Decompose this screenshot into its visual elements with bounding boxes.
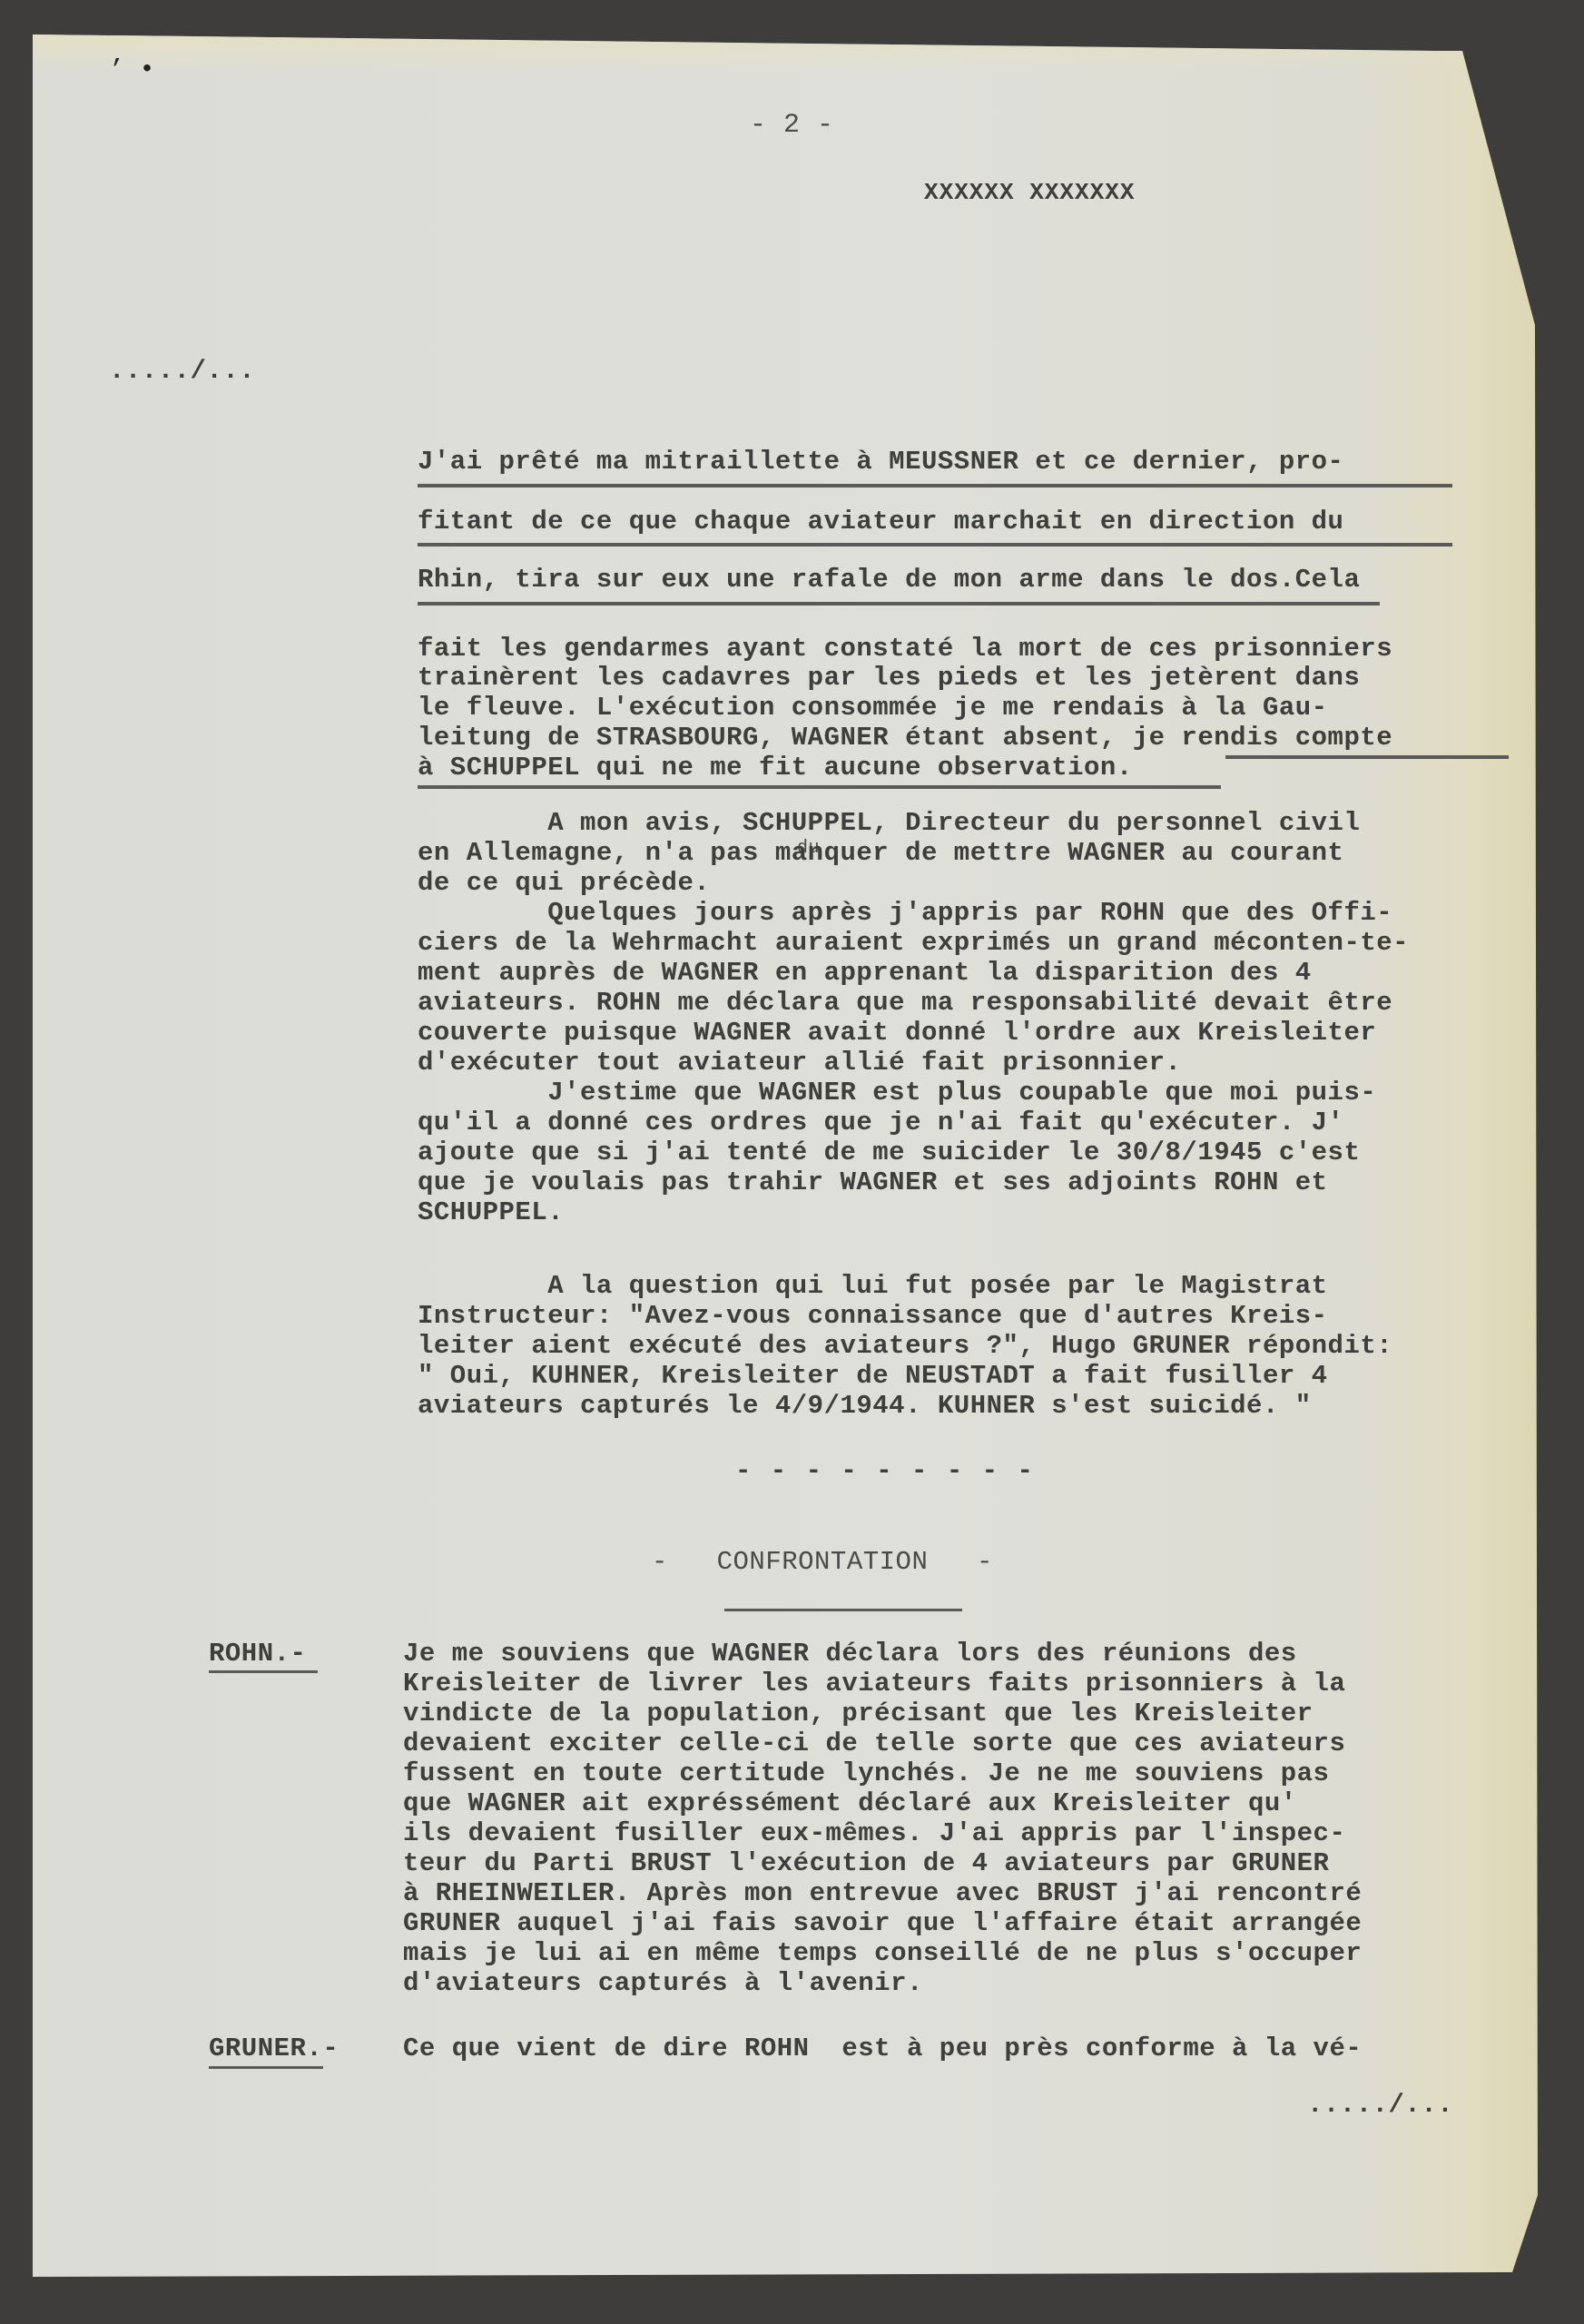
text-line: ment auprès de WAGNER en apprenant la di… <box>418 958 1312 988</box>
redacted-header: XXXXXX XXXXXXX <box>924 178 1135 208</box>
continuation-marker-top: ...../... <box>109 356 255 386</box>
text-line: Kreisleiter de livrer les aviateurs fait… <box>403 1669 1345 1699</box>
text-line: A mon avis, SCHUPPEL, Directeur du perso… <box>418 808 1360 838</box>
text-line: que WAGNER ait expréssément déclaré aux … <box>403 1788 1297 1818</box>
text-line: de ce qui précède. <box>418 868 710 898</box>
underline-rule <box>418 543 1452 547</box>
text-line: ajoute que si j'ai tenté de me suicider … <box>418 1137 1360 1167</box>
text-line: aviateurs. ROHN me déclara que ma respon… <box>418 988 1392 1018</box>
page-number: - 2 - <box>750 111 834 141</box>
text-line: qu'il a donné ces ordres que je n'ai fai… <box>418 1108 1343 1137</box>
text-line: vindicte de la population, précisant que… <box>403 1699 1313 1728</box>
text-line: A la question qui lui fut posée par le M… <box>418 1271 1328 1301</box>
underline-rule <box>418 602 1380 606</box>
text-line: d'exécuter tout aviateur allié fait pris… <box>418 1048 1181 1078</box>
title-underline <box>724 1609 962 1611</box>
underlined-line: Rhin, tira sur eux une rafale de mon arm… <box>418 565 1360 595</box>
text-line: Quelques jours après j'appris par ROHN q… <box>418 898 1392 928</box>
underlined-line: fitant de ce que chaque aviateur marchai… <box>418 507 1343 537</box>
speaker-underline <box>209 1670 318 1673</box>
text-line: Ce que vient de dire ROHN est à peu près… <box>403 2033 1362 2063</box>
text-line: fait les gendarmes ayant constaté la mor… <box>418 634 1392 664</box>
text-line: ciers de la Wehrmacht auraient exprimés … <box>418 928 1409 958</box>
text-line: teur du Parti BRUST l'exécution de 4 avi… <box>403 1848 1329 1878</box>
speaker-underline <box>209 2066 323 2069</box>
continuation-marker-bottom: ...../... <box>1307 2090 1453 2120</box>
text-line: leitung de STRASBOURG, WAGNER étant abse… <box>418 723 1392 753</box>
text-line: d'aviateurs capturés à l'avenir. <box>403 1968 923 1998</box>
text-line: Je me souviens que WAGNER déclara lors d… <box>403 1639 1297 1669</box>
speaker-label: ROHN.- <box>209 1639 306 1669</box>
text-line: trainèrent les cadavres par les pieds et… <box>418 663 1360 693</box>
text-line: couverte puisque WAGNER avait donné l'or… <box>418 1018 1376 1048</box>
section-title: - CONFRONTATION - <box>652 1547 993 1577</box>
text-line: Instructeur: "Avez-vous connaissance que… <box>418 1301 1328 1331</box>
text-line: J'estime que WAGNER est plus coupable qu… <box>418 1078 1376 1108</box>
text-line: à SCHUPPEL qui ne me fit aucune observat… <box>418 753 1133 783</box>
corner-marks: ’ • <box>109 56 154 84</box>
text-line: en Allemagne, n'a pas manquer de mettre … <box>418 838 1343 868</box>
section-separator: - - - - - - - - - <box>735 1456 1035 1486</box>
text-line: aviateurs capturés le 4/9/1944. KUHNER s… <box>418 1391 1312 1421</box>
underline-rule <box>1225 755 1509 759</box>
text-line: que je voulais pas trahir WAGNER et ses … <box>418 1167 1328 1197</box>
text-line: le fleuve. L'exécution consommée je me r… <box>418 693 1328 723</box>
text-line: à RHEINWEILER. Après mon entrevue avec B… <box>403 1878 1362 1908</box>
speaker-label: GRUNER.- <box>209 2033 339 2063</box>
text-line: ils devaient fusiller eux-mêmes. J'ai ap… <box>403 1818 1345 1848</box>
underlined-line: J'ai prêté ma mitraillette à MEUSSNER et… <box>418 447 1343 477</box>
text-line: devaient exciter celle-ci de telle sorte… <box>403 1728 1345 1758</box>
text-line: " Oui, KUHNER, Kreisleiter de NEUSTADT a… <box>418 1361 1328 1391</box>
text-line: leiter aient exécuté des aviateurs ?", H… <box>418 1331 1392 1361</box>
text-line: fussent en toute certitude lynchés. Je n… <box>403 1758 1329 1788</box>
underline-rule <box>418 484 1452 487</box>
text-line: SCHUPPEL. <box>418 1197 564 1227</box>
text-line: mais je lui ai en même temps conseillé d… <box>403 1938 1362 1968</box>
underline-rule <box>418 785 1221 789</box>
text-line: GRUNER auquel j'ai fais savoir que l'aff… <box>403 1908 1362 1938</box>
